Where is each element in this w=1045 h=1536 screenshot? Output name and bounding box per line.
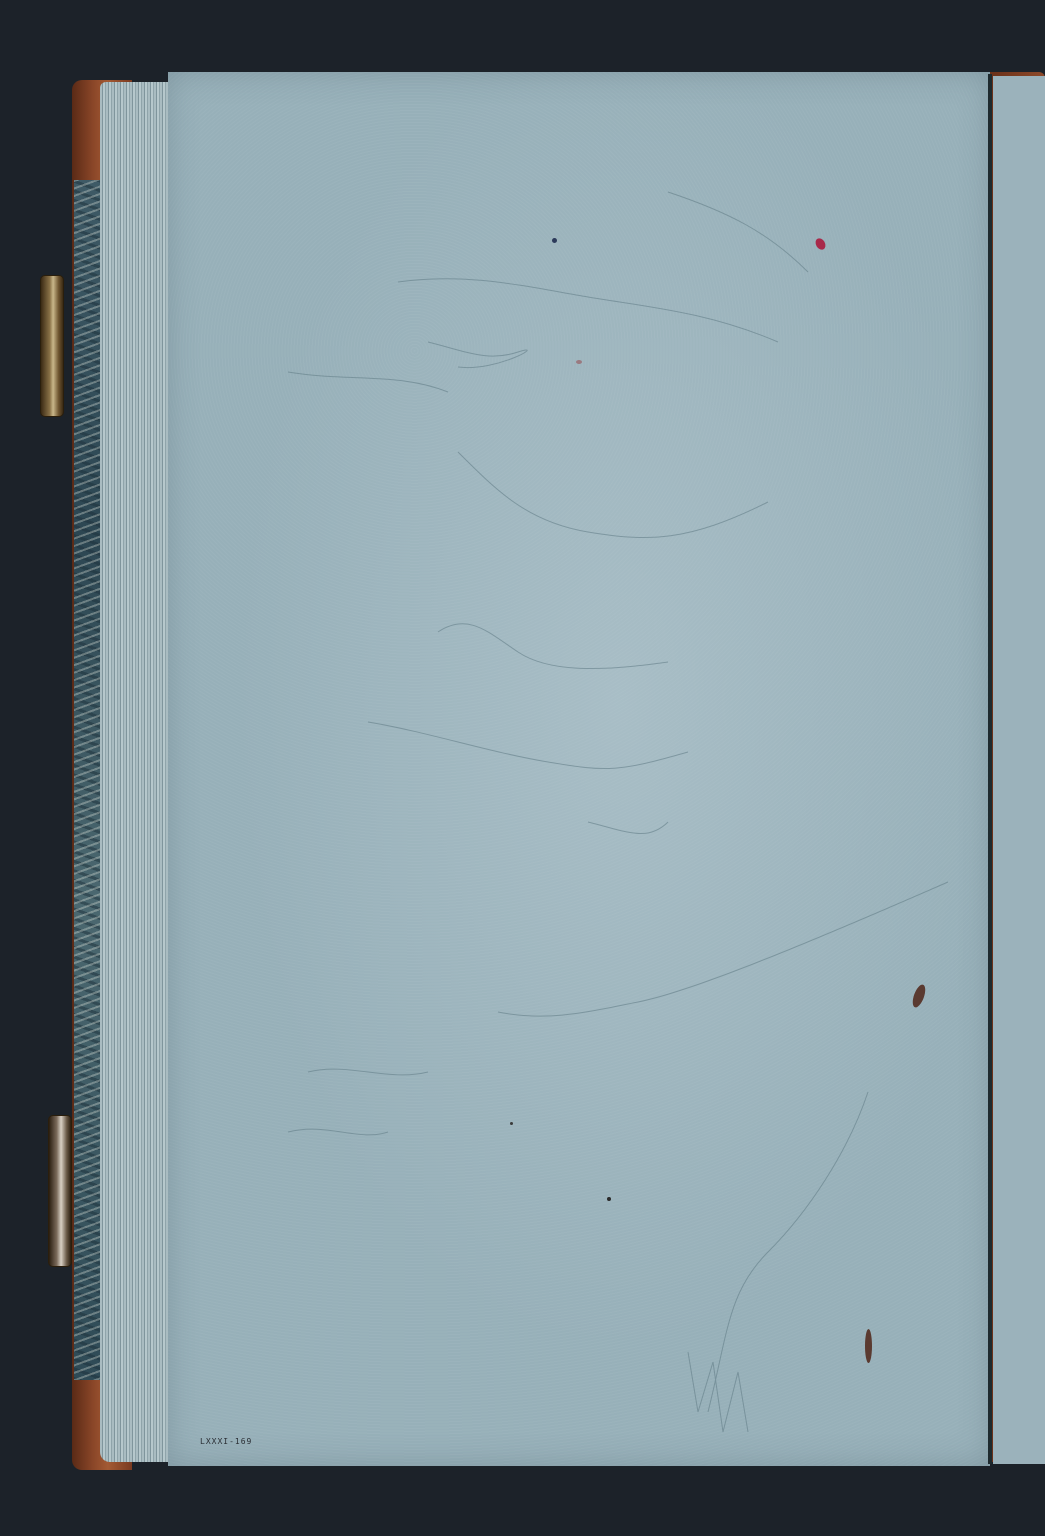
- metal-clasp-bottom: [48, 1115, 72, 1267]
- brown-stain-bottom: [865, 1329, 872, 1363]
- inventory-stamp: LXXXI-169: [200, 1437, 252, 1446]
- faint-pink-spot: [576, 360, 582, 364]
- page-edges-stack: [100, 82, 176, 1462]
- pencil-sketch-lines: [168, 72, 990, 1466]
- small-dot: [510, 1122, 513, 1125]
- brass-clasp-top: [40, 275, 64, 417]
- small-dot: [607, 1197, 611, 1201]
- facing-page-edge: [993, 76, 1045, 1464]
- marbled-spine: [74, 180, 100, 1380]
- book-gutter: [988, 74, 992, 1464]
- blue-dot: [552, 238, 557, 243]
